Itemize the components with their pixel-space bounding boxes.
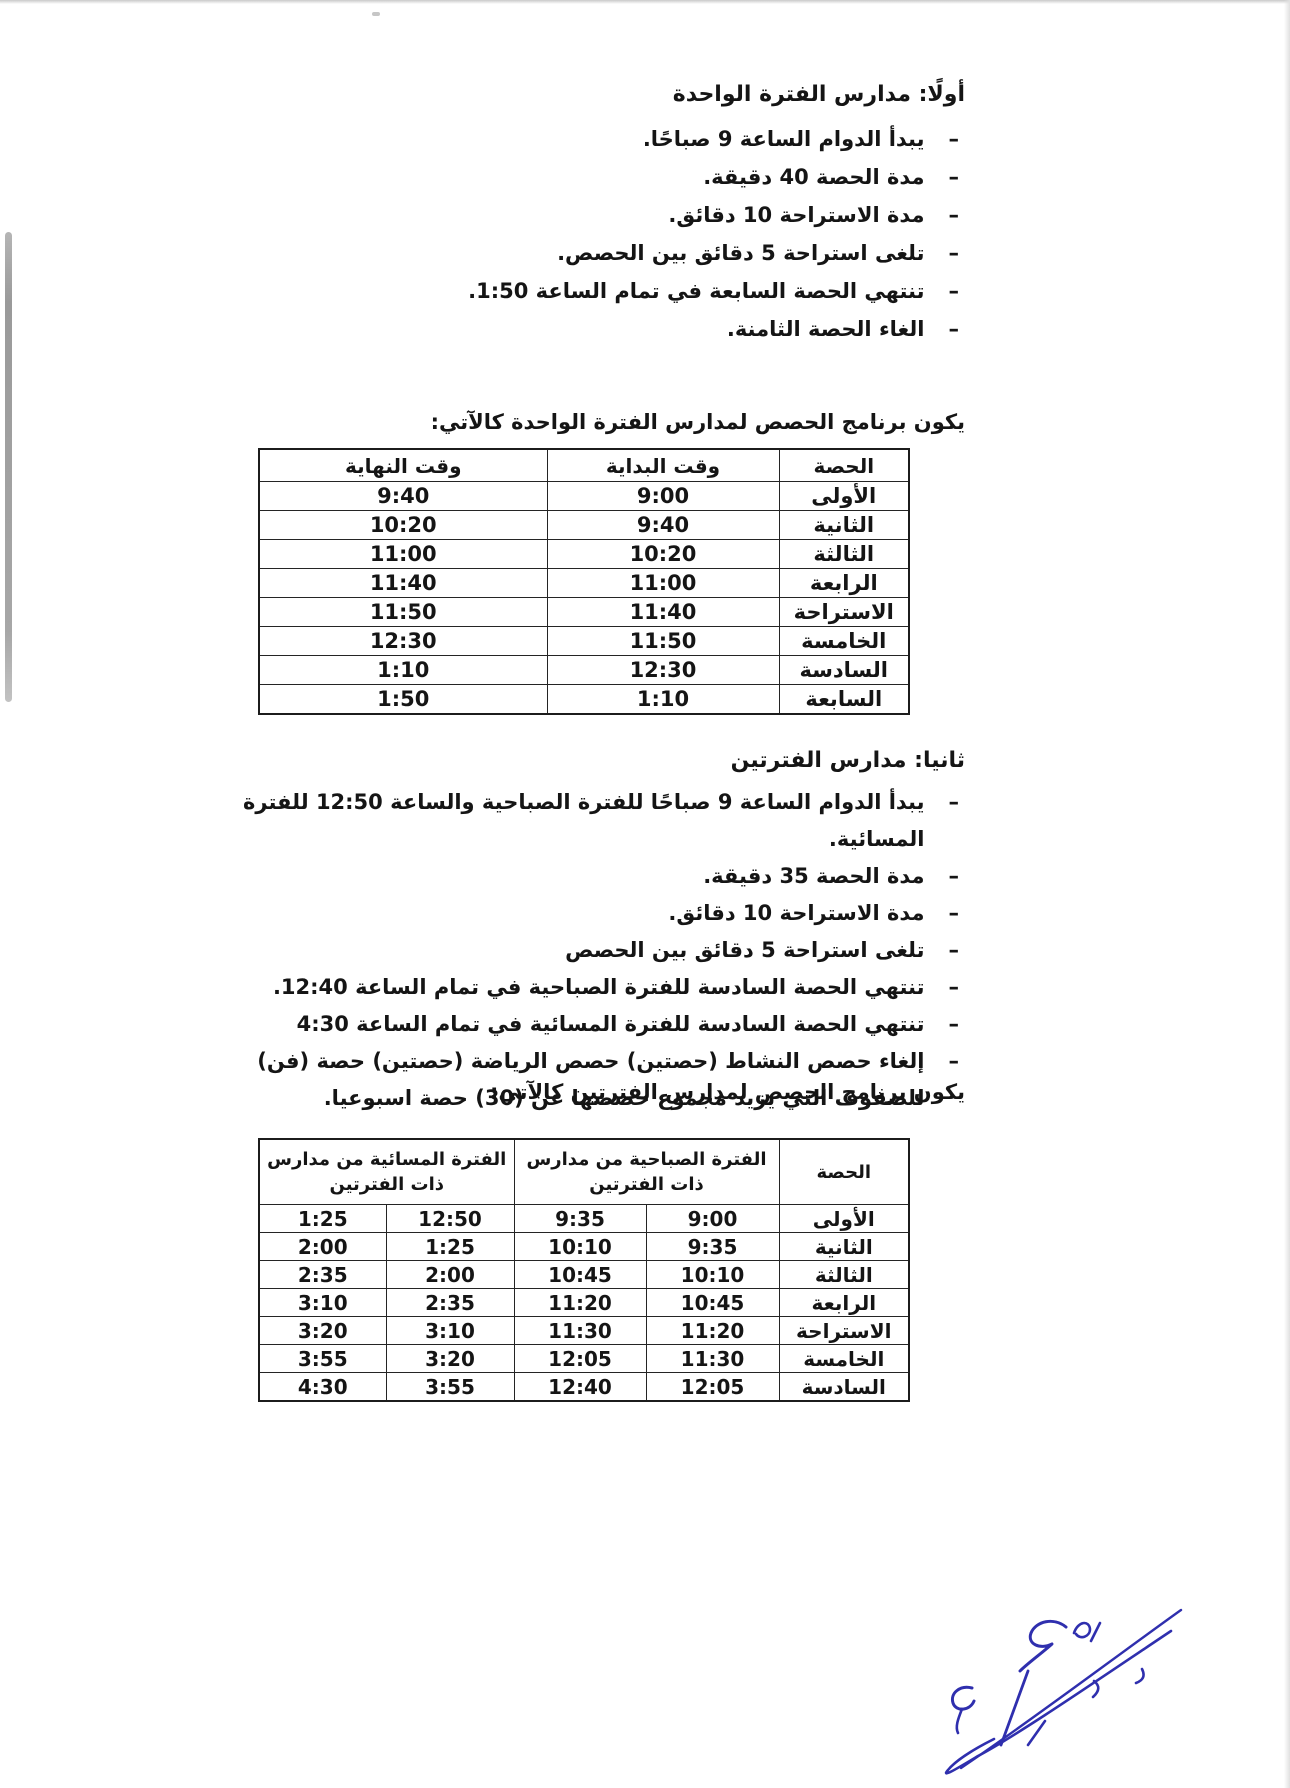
table-row: الثانية 9:40 10:20: [259, 511, 909, 540]
bullet-item: – تنتهي الحصة السادسة للفترة المسائية في…: [162, 1006, 960, 1043]
evening-end-cell: 2:35: [259, 1261, 386, 1289]
single-period-schedule-table: الحصة وقت البداية وقت النهاية الأولى 9:0…: [258, 448, 910, 715]
section2-bullet-list: – يبدأ الدوام الساعة 9 صباحًا للفترة الص…: [162, 784, 960, 1117]
bullet-text: تنتهي الحصة السابعة في تمام الساعة 1:50.: [468, 272, 924, 310]
evening-end-cell: 1:25: [259, 1205, 386, 1233]
period-cell: الرابعة: [779, 569, 909, 598]
period-cell: الثالثة: [779, 540, 909, 569]
period-cell: السابعة: [779, 685, 909, 715]
start-time-cell: 11:00: [547, 569, 779, 598]
morning-end-cell: 10:10: [514, 1233, 646, 1261]
morning-start-cell: 11:30: [646, 1345, 779, 1373]
table-row: الاستراحة 11:20 11:30 3:10 3:20: [259, 1317, 909, 1345]
period-cell: السادسة: [779, 656, 909, 685]
morning-end-cell: 12:40: [514, 1373, 646, 1402]
table-row: الرابعة 11:00 11:40: [259, 569, 909, 598]
period-cell: الثانية: [779, 1233, 909, 1261]
table-header-row: الحصة الفترة الصباحية من مدارس ذات الفتر…: [259, 1139, 909, 1205]
bullet-text: يبدأ الدوام الساعة 9 صباحًا للفترة الصبا…: [162, 784, 925, 858]
table2-intro: يكون برنامج الحصص لمدارس الفترتين كالآتي…: [490, 1080, 965, 1104]
table-row: الخامسة 11:30 12:05 3:20 3:55: [259, 1345, 909, 1373]
period-column-header: الحصة: [779, 449, 909, 482]
evening-end-cell: 3:20: [259, 1317, 386, 1345]
table-header-row: الحصة وقت البداية وقت النهاية: [259, 449, 909, 482]
bullet-dash: –: [949, 969, 960, 1006]
table-row: الرابعة 10:45 11:20 2:35 3:10: [259, 1289, 909, 1317]
start-time-cell: 9:40: [547, 511, 779, 540]
period-cell: الخامسة: [779, 1345, 909, 1373]
evening-start-cell: 12:50: [386, 1205, 514, 1233]
bullet-item: – الغاء الحصة الثامنة.: [468, 310, 959, 348]
end-time-cell: 11:50: [259, 598, 547, 627]
bullet-dash: –: [949, 272, 960, 310]
scan-top-edge-artifact: [0, 0, 1290, 4]
bullet-item: – تنتهي الحصة السادسة للفترة الصباحية في…: [162, 969, 960, 1006]
morning-end-cell: 12:05: [514, 1345, 646, 1373]
bullet-dash: –: [949, 858, 960, 895]
scan-right-edge-artifact: [1284, 0, 1290, 1788]
evening-start-cell: 2:35: [386, 1289, 514, 1317]
table-row: الثالثة 10:20 11:00: [259, 540, 909, 569]
scan-left-bar-artifact: [5, 232, 12, 702]
table-row: الثانية 9:35 10:10 1:25 2:00: [259, 1233, 909, 1261]
period-cell: الاستراحة: [779, 1317, 909, 1345]
bullet-item: – يبدأ الدوام الساعة 9 صباحًا.: [468, 120, 959, 158]
end-time-cell: 1:50: [259, 685, 547, 715]
evening-start-cell: 1:25: [386, 1233, 514, 1261]
evening-start-cell: 3:55: [386, 1373, 514, 1402]
bullet-item: – مدة الحصة 40 دقيقة.: [468, 158, 959, 196]
bullet-item: – مدة الحصة 35 دقيقة.: [162, 858, 960, 895]
bullet-dash: –: [949, 234, 960, 272]
start-time-cell: 10:20: [547, 540, 779, 569]
start-time-column-header: وقت البداية: [547, 449, 779, 482]
morning-end-cell: 11:30: [514, 1317, 646, 1345]
start-time-cell: 12:30: [547, 656, 779, 685]
table1-intro: يكون برنامج الحصص لمدارس الفترة الواحدة …: [431, 410, 965, 434]
morning-end-cell: 9:35: [514, 1205, 646, 1233]
morning-end-cell: 11:20: [514, 1289, 646, 1317]
morning-start-cell: 12:05: [646, 1373, 779, 1402]
period-cell: الخامسة: [779, 627, 909, 656]
evening-end-cell: 2:00: [259, 1233, 386, 1261]
bullet-text: مدة الاستراحة 10 دقائق.: [668, 895, 924, 932]
bullet-dash: –: [949, 120, 960, 158]
evening-start-cell: 3:20: [386, 1345, 514, 1373]
bullet-text: تلغى استراحة 5 دقائق بين الحصص.: [557, 234, 924, 272]
end-time-column-header: وقت النهاية: [259, 449, 547, 482]
bullet-text: تنتهي الحصة السادسة للفترة المسائية في ت…: [297, 1006, 925, 1043]
end-time-cell: 10:20: [259, 511, 547, 540]
period-column-header: الحصة: [779, 1139, 909, 1205]
evening-end-cell: 3:10: [259, 1289, 386, 1317]
period-cell: الثالثة: [779, 1261, 909, 1289]
table-row: الأولى 9:00 9:35 12:50 1:25: [259, 1205, 909, 1233]
bullet-dash: –: [949, 895, 960, 932]
period-cell: الرابعة: [779, 1289, 909, 1317]
bullet-item: – تلغى استراحة 5 دقائق بين الحصص: [162, 932, 960, 969]
table-row: الخامسة 11:50 12:30: [259, 627, 909, 656]
section2-heading: ثانيا: مدارس الفترتين: [731, 748, 965, 773]
evening-start-cell: 3:10: [386, 1317, 514, 1345]
bullet-dash: –: [949, 784, 960, 821]
evening-end-cell: 4:30: [259, 1373, 386, 1402]
end-time-cell: 9:40: [259, 482, 547, 511]
morning-start-cell: 10:10: [646, 1261, 779, 1289]
bullet-dash: –: [949, 1006, 960, 1043]
start-time-cell: 9:00: [547, 482, 779, 511]
table-row: السادسة 12:30 1:10: [259, 656, 909, 685]
table-row: الاستراحة 11:40 11:50: [259, 598, 909, 627]
bullet-text: مدة الحصة 35 دقيقة.: [703, 858, 924, 895]
two-period-schedule-table: الحصة الفترة الصباحية من مدارس ذات الفتر…: [258, 1138, 910, 1402]
table-row: السابعة 1:10 1:50: [259, 685, 909, 715]
period-cell: الثانية: [779, 511, 909, 540]
bullet-dash: –: [949, 196, 960, 234]
start-time-cell: 11:40: [547, 598, 779, 627]
evening-period-column-header: الفترة المسائية من مدارس ذات الفترتين: [259, 1139, 514, 1205]
period-cell: الاستراحة: [779, 598, 909, 627]
evening-start-cell: 2:00: [386, 1261, 514, 1289]
bullet-dash: –: [949, 932, 960, 969]
table-row: السادسة 12:05 12:40 3:55 4:30: [259, 1373, 909, 1402]
end-time-cell: 1:10: [259, 656, 547, 685]
period-cell: السادسة: [779, 1373, 909, 1402]
period-cell: الأولى: [779, 1205, 909, 1233]
morning-start-cell: 11:20: [646, 1317, 779, 1345]
bullet-text: الغاء الحصة الثامنة.: [727, 310, 925, 348]
bullet-dash: –: [949, 1043, 960, 1080]
bullet-item: – مدة الاستراحة 10 دقائق.: [468, 196, 959, 234]
section1-bullet-list: – يبدأ الدوام الساعة 9 صباحًا. – مدة الح…: [468, 120, 959, 348]
morning-start-cell: 9:35: [646, 1233, 779, 1261]
scan-speck-artifact: [372, 12, 380, 16]
section1-heading: أولًا: مدارس الفترة الواحدة: [673, 82, 965, 107]
end-time-cell: 11:40: [259, 569, 547, 598]
bullet-item: – تلغى استراحة 5 دقائق بين الحصص.: [468, 234, 959, 272]
bullet-text: يبدأ الدوام الساعة 9 صباحًا.: [643, 120, 925, 158]
start-time-cell: 11:50: [547, 627, 779, 656]
morning-period-column-header: الفترة الصباحية من مدارس ذات الفترتين: [514, 1139, 779, 1205]
table-row: الأولى 9:00 9:40: [259, 482, 909, 511]
table-row: الثالثة 10:10 10:45 2:00 2:35: [259, 1261, 909, 1289]
morning-start-cell: 9:00: [646, 1205, 779, 1233]
evening-end-cell: 3:55: [259, 1345, 386, 1373]
bullet-text: تلغى استراحة 5 دقائق بين الحصص: [565, 932, 924, 969]
period-cell: الأولى: [779, 482, 909, 511]
bullet-item: – مدة الاستراحة 10 دقائق.: [162, 895, 960, 932]
bullet-text: مدة الاستراحة 10 دقائق.: [668, 196, 924, 234]
handwritten-signature: [928, 1593, 1198, 1783]
bullet-item: – تنتهي الحصة السابعة في تمام الساعة 1:5…: [468, 272, 959, 310]
bullet-dash: –: [949, 310, 960, 348]
morning-start-cell: 10:45: [646, 1289, 779, 1317]
bullet-text: تنتهي الحصة السادسة للفترة الصباحية في ت…: [273, 969, 925, 1006]
start-time-cell: 1:10: [547, 685, 779, 715]
morning-end-cell: 10:45: [514, 1261, 646, 1289]
bullet-text: مدة الحصة 40 دقيقة.: [703, 158, 924, 196]
end-time-cell: 11:00: [259, 540, 547, 569]
bullet-item: – يبدأ الدوام الساعة 9 صباحًا للفترة الص…: [162, 784, 960, 858]
bullet-dash: –: [949, 158, 960, 196]
end-time-cell: 12:30: [259, 627, 547, 656]
